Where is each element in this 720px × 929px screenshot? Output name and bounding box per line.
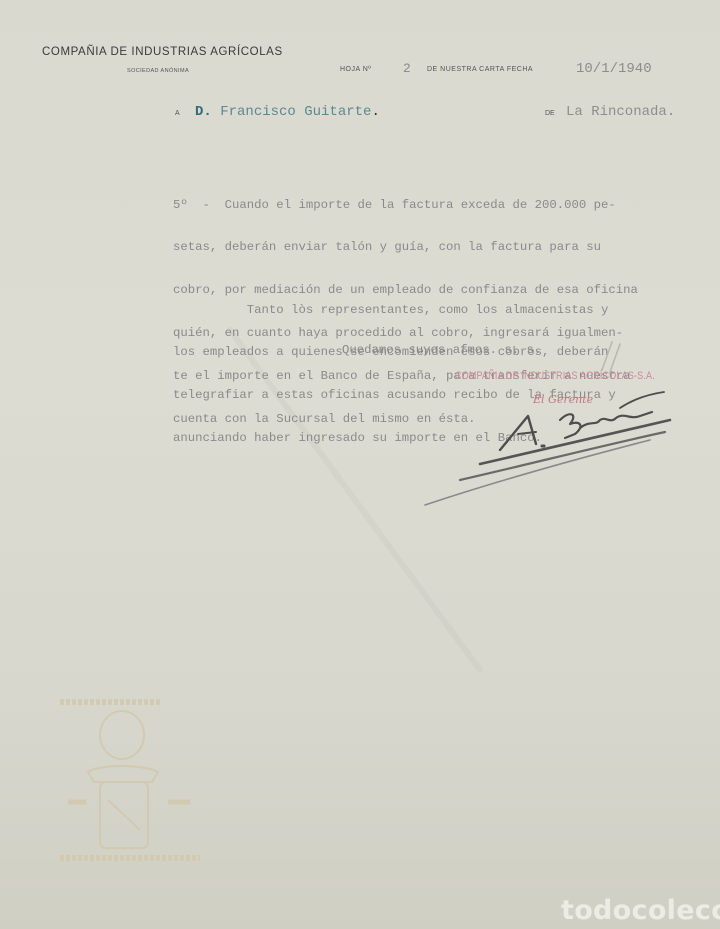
paragraph-1-line: 5º - Cuando el importe de la factura exc… xyxy=(173,198,638,212)
company-subtitle: SOCIEDAD ANÓNIMA xyxy=(127,68,189,74)
sheet-label: HOJA Nº xyxy=(340,66,371,73)
company-emblem-icon xyxy=(60,690,220,865)
recipient-place: La Rinconada. xyxy=(566,104,675,120)
to-label: A xyxy=(175,110,180,117)
sheet-number: 2 xyxy=(403,61,411,76)
letter-page: COMPAÑIA DE INDUSTRIAS AGRÍCOLAS SOCIEDA… xyxy=(0,0,720,929)
recipient-initial: D. xyxy=(195,104,212,120)
recipient: D. Francisco Guitarte. xyxy=(195,104,380,120)
signature-icon xyxy=(420,380,680,510)
company-name: COMPAÑIA DE INDUSTRIAS AGRÍCOLAS xyxy=(42,46,283,58)
letter-date: 10/1/1940 xyxy=(576,61,652,77)
recipient-dot: . xyxy=(371,104,379,120)
paragraph-2-line: Tanto lòs representantes, como los almac… xyxy=(173,303,616,317)
closing-line: Quedamos suyos afmos. s. s. xyxy=(342,343,541,357)
paragraph-1-line: setas, deberán enviar talón y guía, con … xyxy=(173,240,638,254)
recipient-name: Francisco Guitarte xyxy=(212,104,372,120)
date-label: DE NUESTRA CARTA FECHA xyxy=(427,66,533,73)
site-watermark: todocoleccion xyxy=(561,895,720,926)
from-place-label: DE xyxy=(545,110,555,117)
